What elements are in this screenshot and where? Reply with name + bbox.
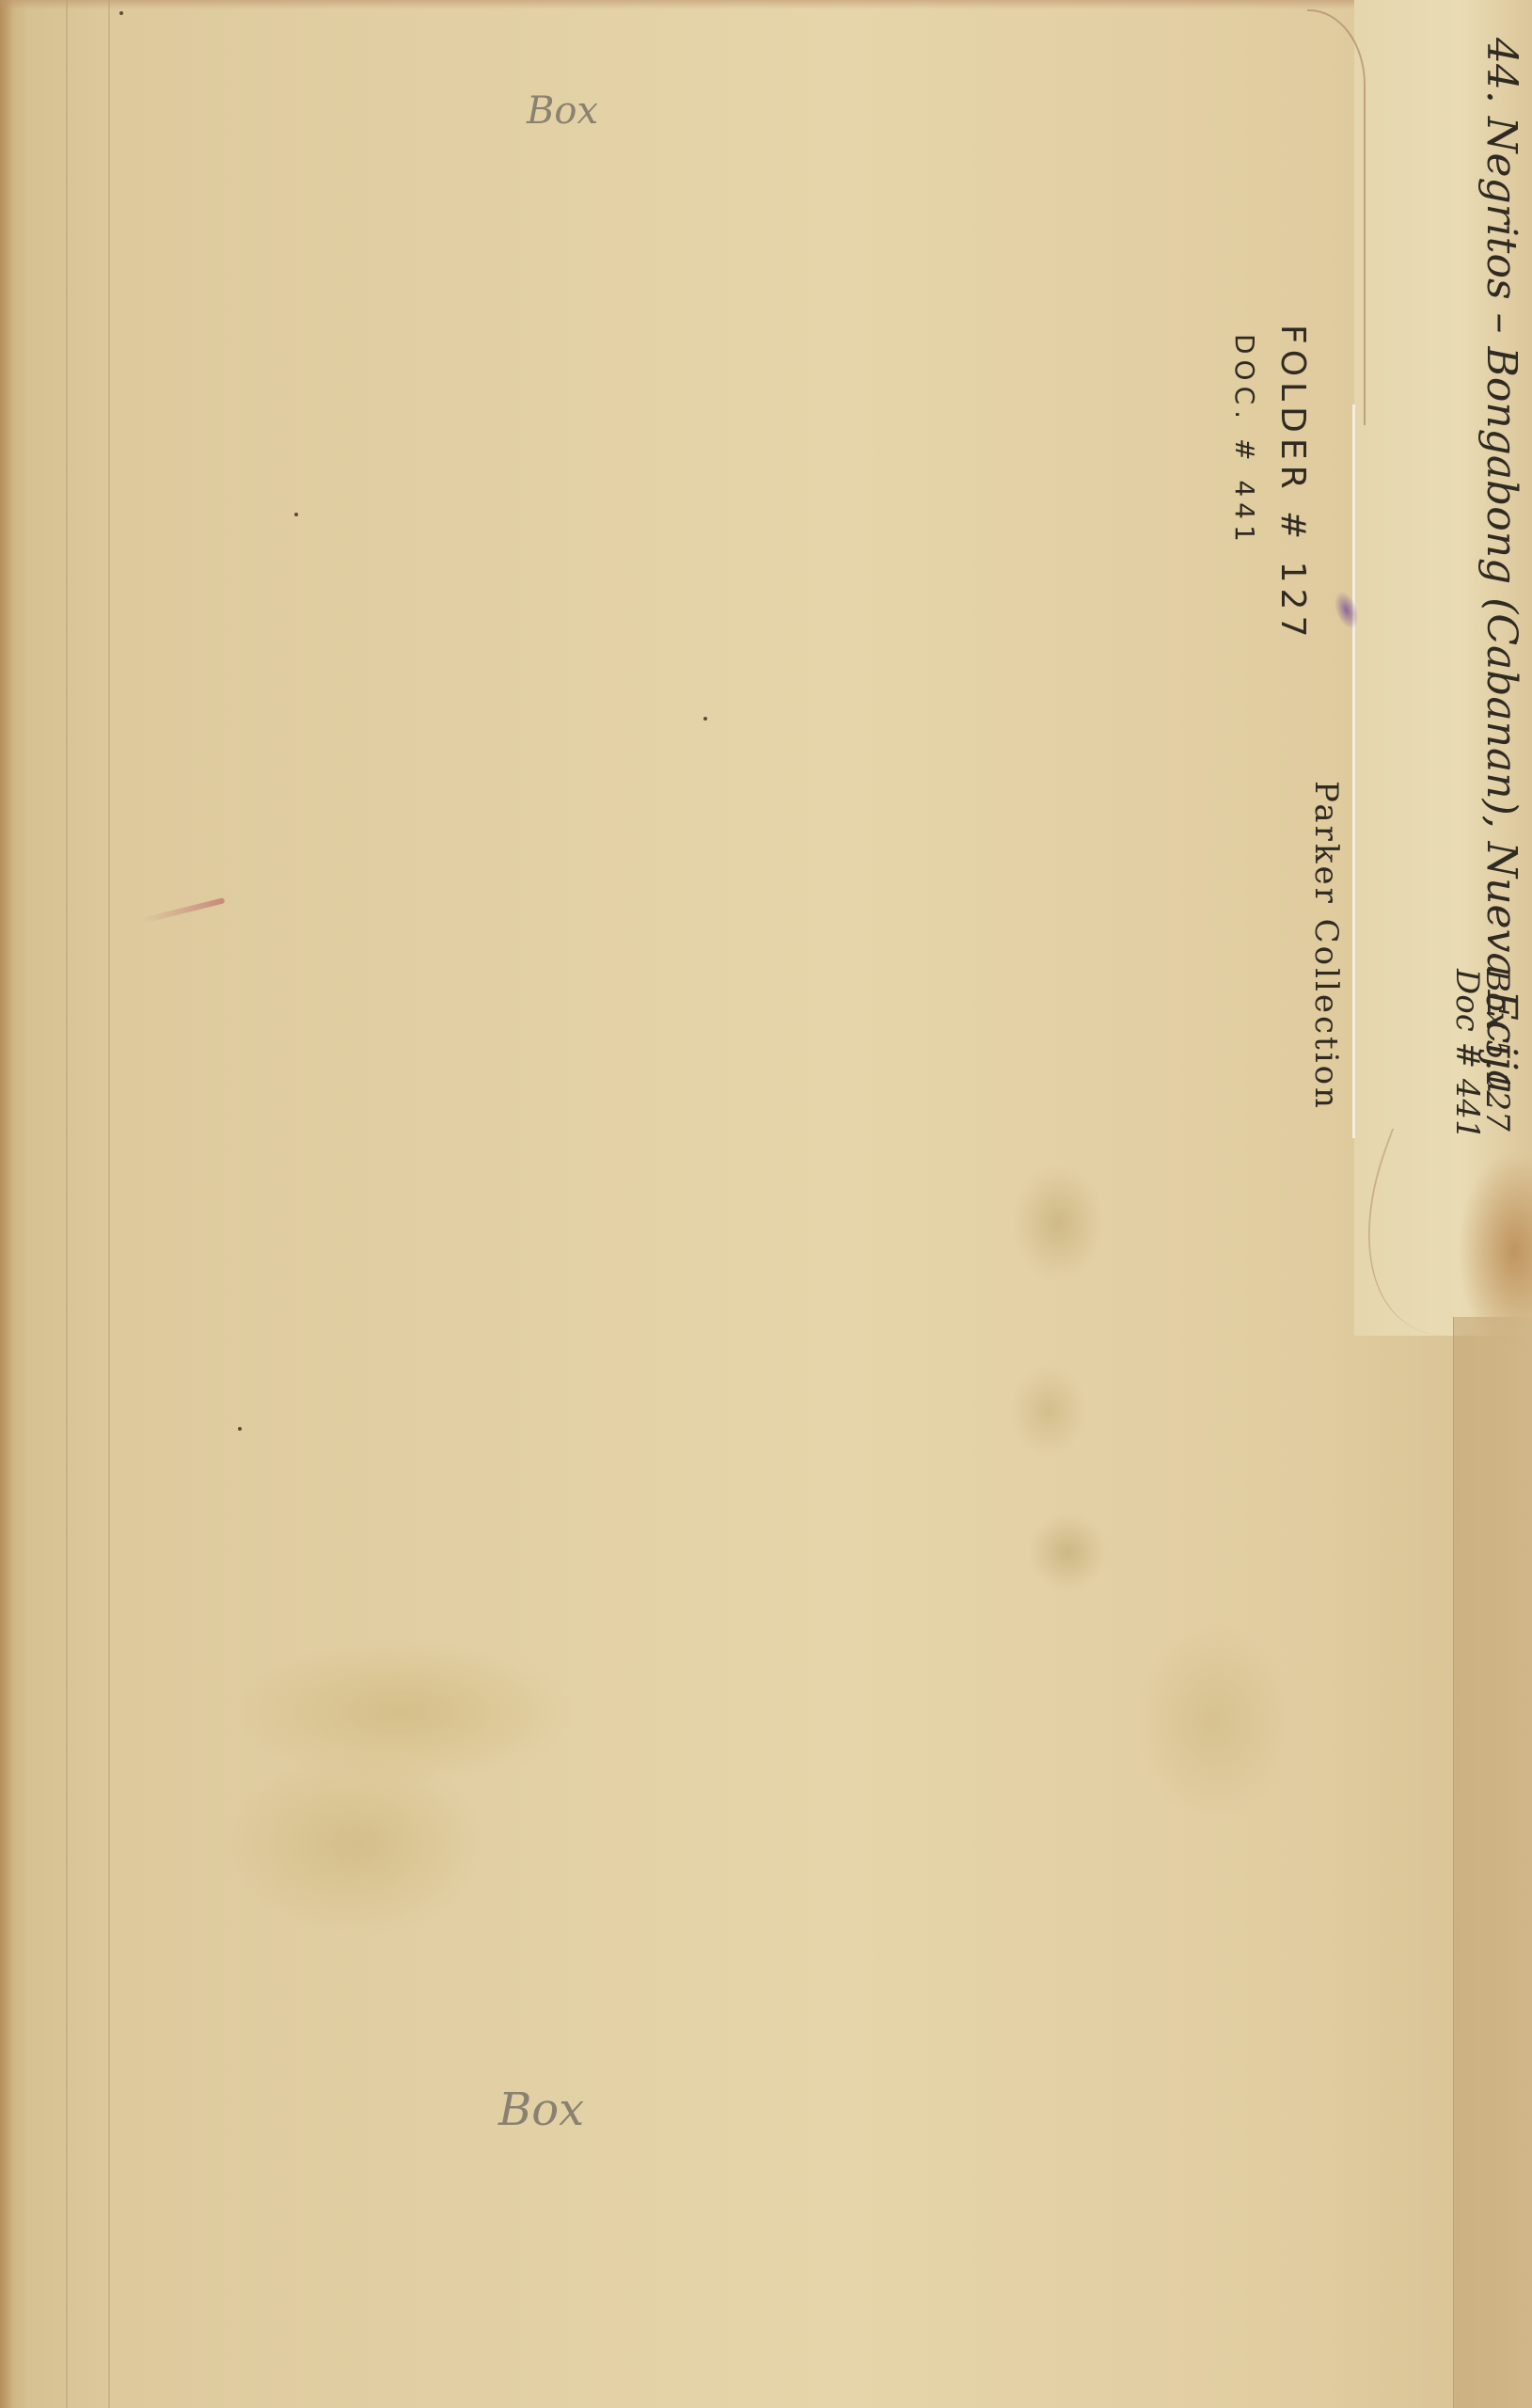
right-lower-edge	[1453, 1317, 1532, 2408]
doc-number: DOC. # 441	[1229, 334, 1260, 547]
speck	[238, 1427, 242, 1431]
pencil-note-top: Box	[527, 89, 598, 133]
folder-cover: 44. Negritos – Bongabong (Cabanan), Nuev…	[0, 0, 1532, 2408]
tab-curve-edge	[1307, 9, 1366, 425]
speck	[294, 513, 298, 516]
inner-sheet-edge	[1352, 404, 1355, 1138]
pencil-note-bottom: Box	[498, 2083, 584, 2136]
top-edge-stain	[0, 0, 1532, 9]
red-pencil-mark	[142, 897, 226, 924]
speck	[703, 717, 707, 721]
tab-title: 44. Negritos – Bongabong (Cabanan), Nuev…	[1477, 38, 1525, 1094]
folder-number: FOLDER # 127	[1273, 325, 1312, 642]
left-edge-stain	[0, 0, 13, 2408]
tab-doc-number: Doc # 441	[1448, 969, 1486, 1140]
fold-crease	[66, 0, 68, 2408]
fold-crease	[108, 0, 110, 2408]
speck	[119, 11, 123, 15]
collection-label: Parker Collection	[1307, 781, 1345, 1111]
